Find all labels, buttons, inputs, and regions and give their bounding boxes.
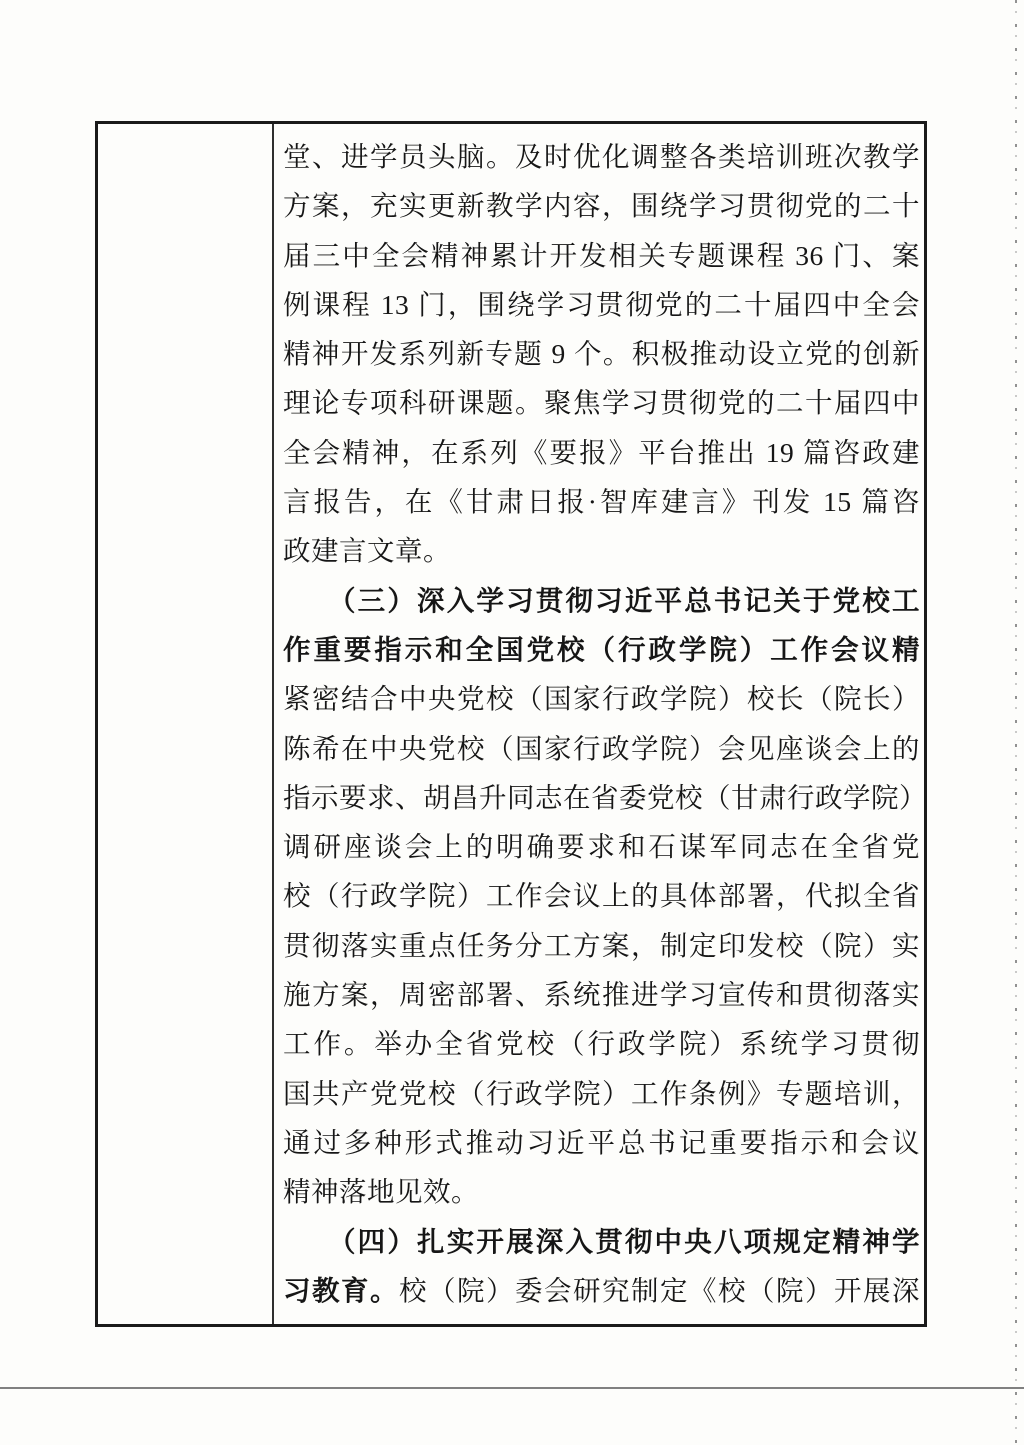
text-line: 作重要指示和全国党校（行政学院）工作会议精神。 — [283, 625, 920, 674]
text-segment: 堂、进学员头脑。及时优化调整各类培训班次教学 — [283, 141, 920, 172]
text-line: 工作。举办全省党校（行政学院）系统学习贯彻《中 — [283, 1019, 920, 1068]
text-segment: 习教育。 — [283, 1275, 399, 1306]
text-line: 政建言文章。 — [283, 526, 920, 575]
text-line: 言报告，在《甘肃日报·智库建言》刊发 15 篇咨 — [283, 477, 920, 526]
text-segment: 方案，充实更新教学内容，围绕学习贯彻党的二十 — [283, 190, 920, 221]
text-segment: 贯彻落实重点任务分工方案，制定印发校（院）实 — [283, 930, 920, 961]
text-segment: 校（行政学院）工作会议上的具体部署，代拟全省 — [283, 880, 920, 911]
text-line: 届三中全会精神累计开发相关专题课程 36 门、案 — [283, 231, 920, 280]
page-bottom-rule — [0, 1387, 1024, 1389]
text-segment: 指示要求、胡昌升同志在省委党校（甘肃行政学院） — [283, 782, 920, 813]
text-line: 理论专项科研课题。聚焦学习贯彻党的二十届四中 — [283, 378, 920, 427]
text-segment: 工作。举办全省党校（行政学院）系统学习贯彻《中 — [283, 1028, 920, 1068]
text-segment: 政建言文章。 — [283, 535, 451, 566]
text-line: 堂、进学员头脑。及时优化调整各类培训班次教学 — [283, 132, 920, 181]
text-segment: 紧密结合中央党校（国家行政学院）校长（院长） — [283, 683, 920, 714]
text-line: 全会精神，在系列《要报》平台推出 19 篇咨政建 — [283, 428, 920, 477]
text-line: 贯彻落实重点任务分工方案，制定印发校（院）实 — [283, 921, 920, 970]
text-segment: 言报告，在《甘肃日报·智库建言》刊发 15 篇咨 — [283, 486, 920, 517]
text-segment: 精神开发系列新专题 9 个。积极推动设立党的创新 — [283, 338, 920, 369]
text-segment: （三）深入学习贯彻习近平总书记关于党校工 — [328, 585, 920, 616]
text-line: 习教育。校（院）委会研究制定《校（院）开展深 — [283, 1266, 920, 1315]
scan-artifact-right-edge — [1015, 0, 1017, 1445]
text-line: 指示要求、胡昌升同志在省委党校（甘肃行政学院） — [283, 773, 920, 822]
text-line: 精神落地见效。 — [283, 1167, 920, 1216]
text-line: 通过多种形式推动习近平总书记重要指示和会议 — [283, 1118, 920, 1167]
text-line: 精神开发系列新专题 9 个。积极推动设立党的创新 — [283, 329, 920, 378]
text-segment: 届三中全会精神累计开发相关专题课程 36 门、案 — [283, 240, 920, 271]
text-line: 校（行政学院）工作会议上的具体部署，代拟全省 — [283, 871, 920, 920]
table-text-cell: 堂、进学员头脑。及时优化调整各类培训班次教学方案，充实更新教学内容，围绕学习贯彻… — [283, 132, 920, 1315]
text-segment: （四）扎实开展深入贯彻中央八项规定精神学 — [328, 1226, 920, 1257]
text-segment: 理论专项科研课题。聚焦学习贯彻党的二十届四中 — [283, 387, 920, 418]
text-line: 调研座谈会上的明确要求和石谋军同志在全省党 — [283, 822, 920, 871]
text-line: 国共产党党校（行政学院）工作条例》专题培训， — [283, 1069, 920, 1118]
text-segment: 施方案，周密部署、系统推进学习宣传和贯彻落实 — [283, 979, 920, 1010]
text-segment: 陈希在中央党校（国家行政学院）会见座谈会上的 — [283, 733, 920, 764]
text-segment: 例课程 13 门，围绕学习贯彻党的二十届四中全会 — [283, 289, 920, 320]
text-segment: 调研座谈会上的明确要求和石谋军同志在全省党 — [283, 831, 920, 862]
table-column-divider — [272, 124, 274, 1324]
text-line: 方案，充实更新教学内容，围绕学习贯彻党的二十 — [283, 181, 920, 230]
text-line: （三）深入学习贯彻习近平总书记关于党校工 — [283, 576, 920, 625]
text-segment: 通过多种形式推动习近平总书记重要指示和会议 — [283, 1127, 920, 1158]
text-line: （四）扎实开展深入贯彻中央八项规定精神学 — [283, 1217, 920, 1266]
text-segment: 精神落地见效。 — [283, 1176, 479, 1207]
text-line: 陈希在中央党校（国家行政学院）会见座谈会上的 — [283, 724, 920, 773]
text-line: 例课程 13 门，围绕学习贯彻党的二十届四中全会 — [283, 280, 920, 329]
text-segment: 全会精神，在系列《要报》平台推出 19 篇咨政建 — [283, 437, 920, 468]
text-segment: 校（院）委会研究制定《校（院）开展深 — [399, 1275, 920, 1306]
scanned-page: 堂、进学员头脑。及时优化调整各类培训班次教学方案，充实更新教学内容，围绕学习贯彻… — [0, 0, 1024, 1445]
text-line: 施方案，周密部署、系统推进学习宣传和贯彻落实 — [283, 970, 920, 1019]
text-segment: 作重要指示和全国党校（行政学院）工作会议精神。 — [283, 634, 920, 674]
text-segment: 国共产党党校（行政学院）工作条例》专题培训， — [283, 1078, 920, 1109]
text-line: 紧密结合中央党校（国家行政学院）校长（院长） — [283, 674, 920, 723]
table-left-cell-empty — [98, 124, 272, 1324]
